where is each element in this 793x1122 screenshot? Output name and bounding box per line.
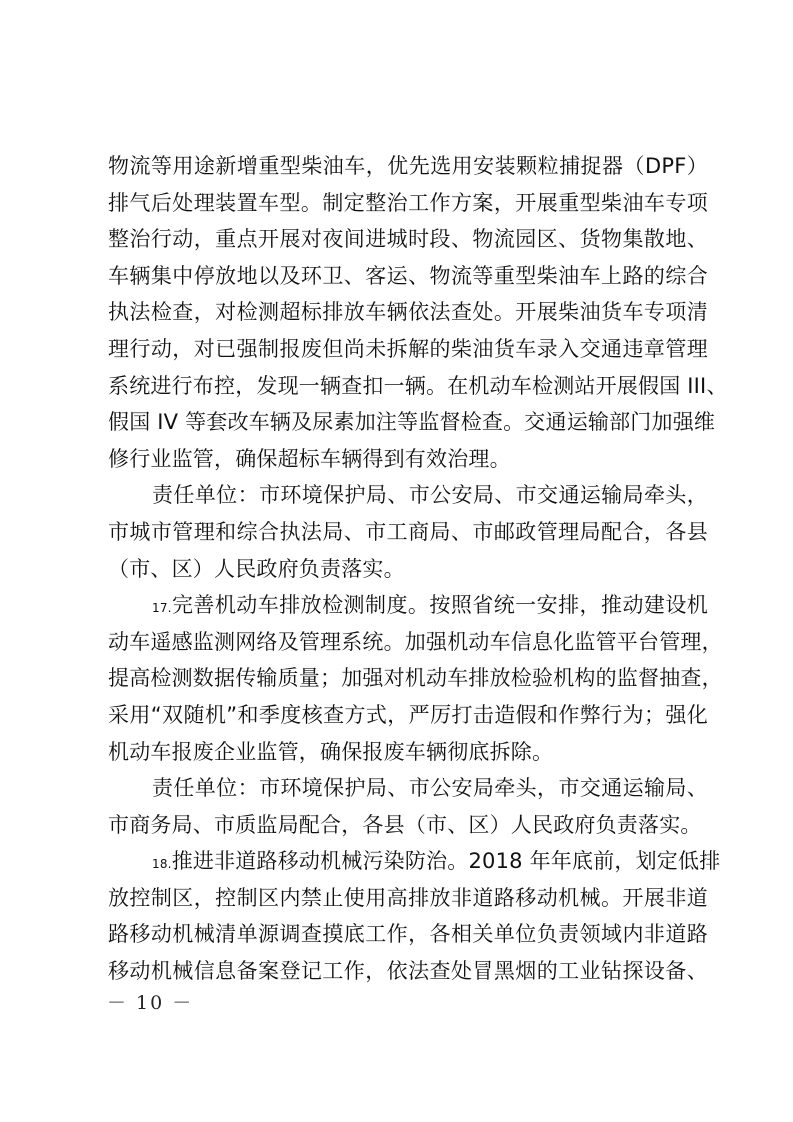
paragraph-item-17: 17.完善机动车排放检测制度。按照省统一安排，推动建设机 动车遥感监测网络及管理… [108,587,708,770]
text-line: 责任单位：市环境保护局、市公安局牵头，市交通运输局、 [108,770,708,807]
text-line: 车辆集中停放地以及环卫、客运、物流等重型柴油车上路的综合 [108,258,708,295]
page-number: － 10 － [107,988,193,1015]
body-text: 物流等用途新增重型柴油车，优先选用安装颗粒捕捉器（DPF） 排气后处理装置车型。… [108,148,708,990]
text-line: 系统进行布控，发现一辆查扣一辆。在机动车检测站开展假国 III、 [108,368,708,405]
text-line: 市商务局、市质监局配合，各县（市、区）人民政府负责落实。 [108,807,708,844]
text-line: （市、区）人民政府负责落实。 [108,551,708,588]
text-line: 18.推进非道路移动机械污染防治。2018 年年底前，划定低排 [108,843,708,880]
text-line: 整治行动，重点开展对夜间进城时段、物流园区、货物集散地、 [108,221,708,258]
text-line: 机动车报废企业监管，确保报废车辆彻底拆除。 [108,734,708,771]
text-line: 移动机械信息备案登记工作，依法查处冒黑烟的工业钻探设备、 [108,953,708,990]
text-line: 放控制区，控制区内禁止使用高排放非道路移动机械。开展非道 [108,880,708,917]
text-line: 假国 IV 等套改车辆及尿素加注等监督检查。交通运输部门加强维 [108,404,708,441]
item-number: 17. [152,601,172,615]
item-heading-text: 推进非道路移动机械污染防治。2018 年年底前，划定低排 [172,849,721,873]
text-line: 排气后处理装置车型。制定整治工作方案，开展重型柴油车专项 [108,185,708,222]
item-heading-text: 完善机动车排放检测制度。按照省统一安排，推动建设机 [172,593,708,617]
text-line: 理行动，对已强制报废但尚未拆解的柴油货车录入交通违章管理 [108,331,708,368]
paragraph-responsible-units-1: 责任单位：市环境保护局、市公安局、市交通运输局牵头， 市城市管理和综合执法局、市… [108,477,708,587]
text-line: 责任单位：市环境保护局、市公安局、市交通运输局牵头， [108,477,708,514]
text-line: 提高检测数据传输质量；加强对机动车排放检验机构的监督抽查， [108,660,708,697]
paragraph-diesel-truck-control: 物流等用途新增重型柴油车，优先选用安装颗粒捕捉器（DPF） 排气后处理装置车型。… [108,148,708,477]
document-page: 物流等用途新增重型柴油车，优先选用安装颗粒捕捉器（DPF） 排气后处理装置车型。… [0,0,793,1122]
paragraph-item-18: 18.推进非道路移动机械污染防治。2018 年年底前，划定低排 放控制区，控制区… [108,843,708,989]
paragraph-responsible-units-2: 责任单位：市环境保护局、市公安局牵头，市交通运输局、 市商务局、市质监局配合，各… [108,770,708,843]
text-line: 路移动机械清单源调查摸底工作，各相关单位负责领域内非道路 [108,916,708,953]
item-number: 18. [152,857,172,871]
text-line: 动车遥感监测网络及管理系统。加强机动车信息化监管平台管理， [108,624,708,661]
text-line: 执法检查，对检测超标排放车辆依法查处。开展柴油货车专项清 [108,294,708,331]
text-line: 修行业监管，确保超标车辆得到有效治理。 [108,441,708,478]
text-line: 17.完善机动车排放检测制度。按照省统一安排，推动建设机 [108,587,708,624]
text-line: 市城市管理和综合执法局、市工商局、市邮政管理局配合，各县 [108,514,708,551]
text-line: 物流等用途新增重型柴油车，优先选用安装颗粒捕捉器（DPF） [108,148,708,185]
text-line: 采用“双随机”和季度核查方式，严厉打击造假和作弊行为；强化 [108,697,708,734]
